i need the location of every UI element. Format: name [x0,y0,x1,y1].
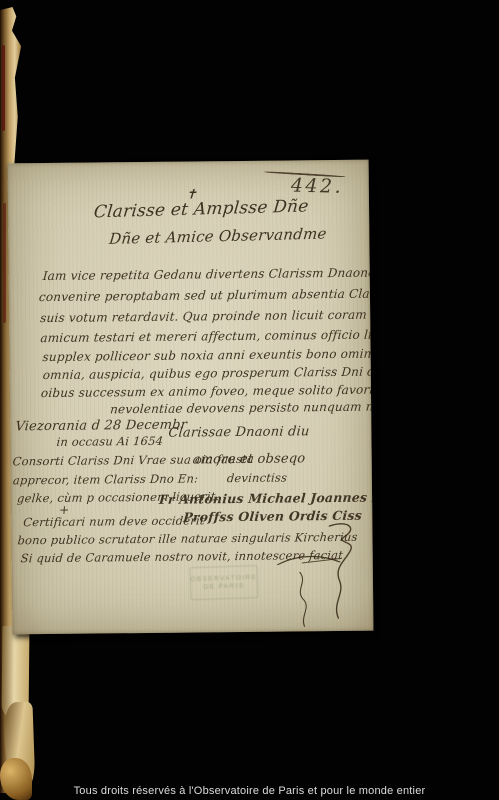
signature-paraph-flourish [273,512,373,633]
courtesy-line: Consorti Clariss Dni Vrae sua oia fausta [12,452,254,469]
courtesy-line: apprecor, item Clariss Dno En: [12,471,198,487]
dateline-place: Viezorania d 28 Decembr [15,418,188,435]
salutation-line-2: Dñe et Amice Observandme [108,225,327,248]
manuscript-page: 442. ✝ Clarisse et Amplsse Dñe Dñe et Am… [8,160,374,635]
library-stamp: OBSERVATOIRE DE PARIS [189,565,258,600]
salutation-line-1: Clarisse et Amplsse Dñe [93,196,310,222]
rights-caption: Tous droits réservés à l'Observatoire de… [0,785,499,797]
library-stamp-line-2: DE PARIS [203,583,244,591]
signature-name: Fr Antonius Michael Joannes Hack [159,489,374,507]
body-line: oibus successum ex animo foveo, meque so… [40,382,373,400]
body-line: nevolentiae devovens persisto nunquam no… [110,399,374,416]
body-line: Iam vice repetita Gedanu divertens Clari… [42,265,373,283]
postscript-line: Certificari num deve occiderit [23,513,205,529]
body-line: amicum testari et mereri affectum, comin… [40,327,374,345]
dateline-year: in occasu Ai 1654 [56,434,164,449]
body-line: convenire peroptabam sed ut plurimum abs… [38,286,373,304]
library-stamp-line-1: OBSERVATOIRE [190,574,257,583]
binding-red-streak [3,203,6,323]
body-line: supplex polliceor sub noxia anni exeunti… [42,347,373,365]
binding-red-streak [2,45,5,131]
folio-number: 442. [291,175,344,198]
archival-photo: 442. ✝ Clarisse et Amplsse Dñe Dñe et Am… [0,0,499,800]
closing-line: devinctiss [226,471,287,486]
closing-line: Clarissae Dnaoni diu [168,424,310,440]
body-line: omnia, auspicia, quibus ego prosperum Cl… [42,364,373,382]
body-line: suis votum retardavit. Qua proinde non l… [40,308,368,325]
